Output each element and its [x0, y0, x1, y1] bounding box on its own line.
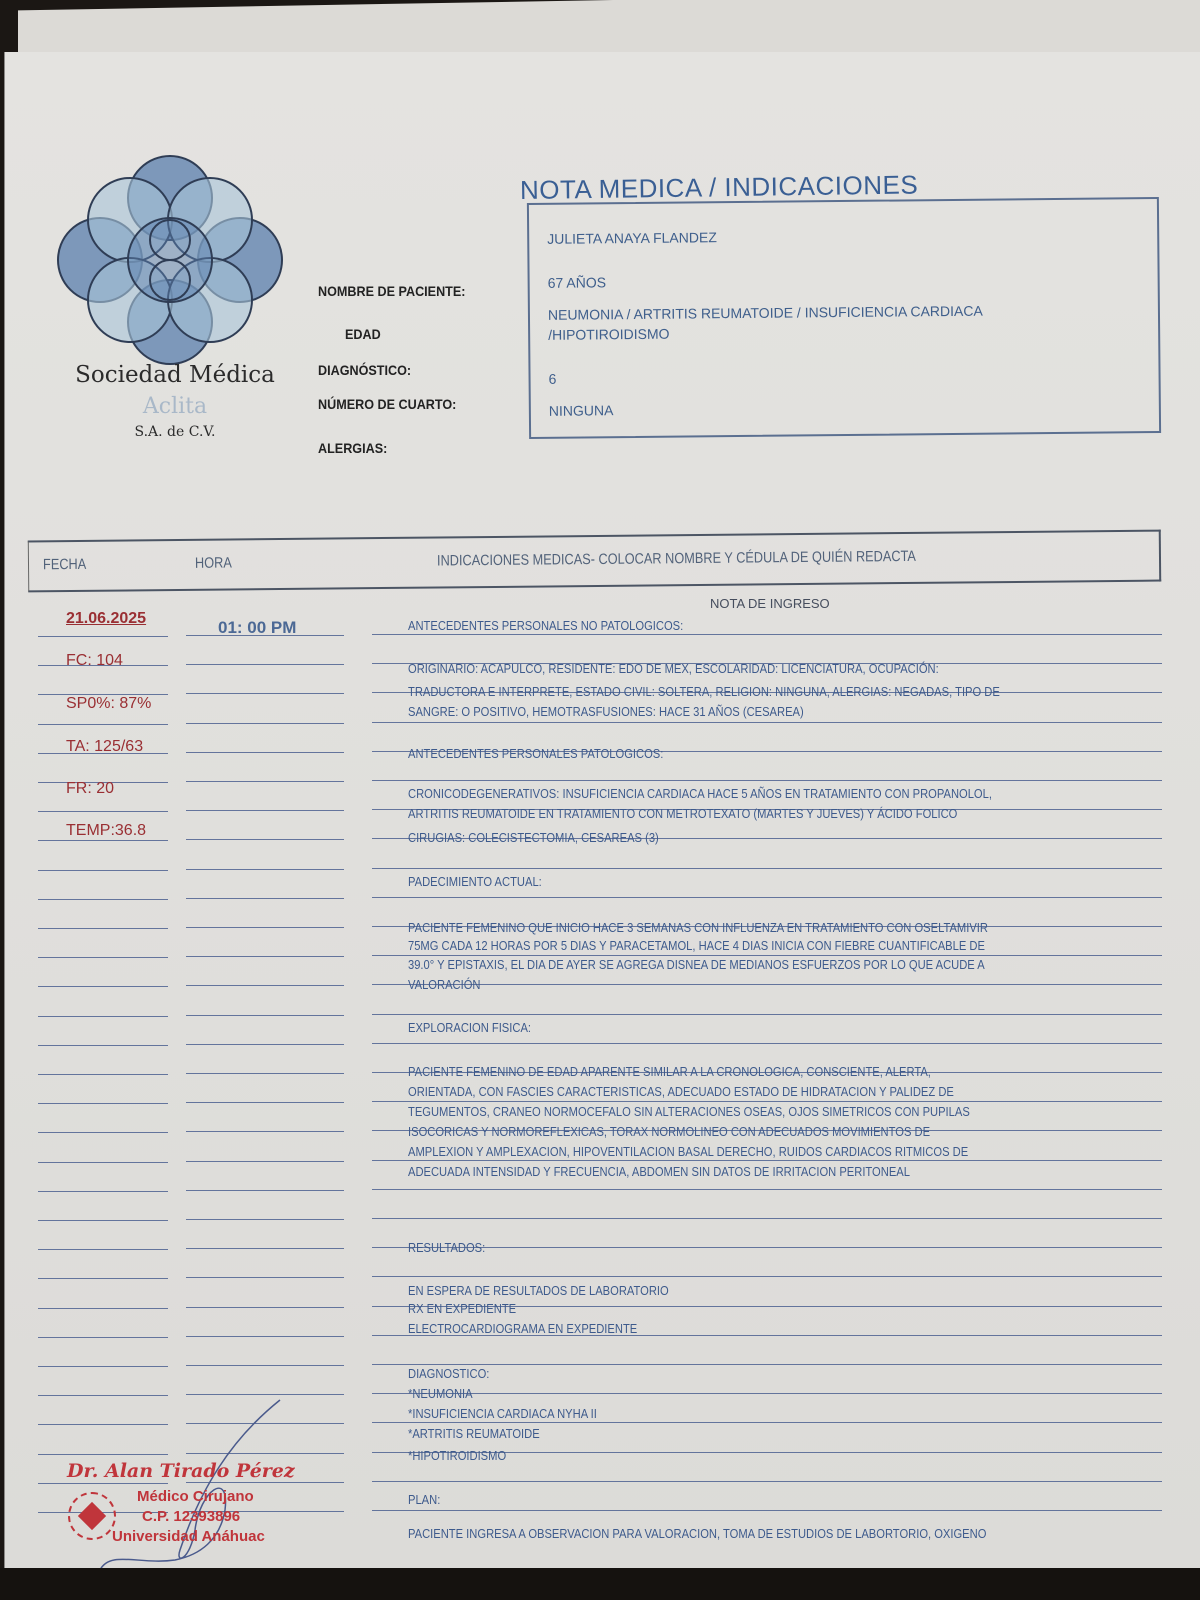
patient-age-value: 67 AÑOS [548, 272, 607, 293]
ruled-line [38, 1191, 168, 1192]
ruled-line [186, 664, 344, 665]
note-line: 39.0° Y EPISTAXIS, EL DIA DE AYER SE AGR… [408, 957, 1062, 972]
note-line: *NEUMONIA [408, 1386, 1062, 1401]
note-line: *INSUFICIENCIA CARDIACA NYHA II [408, 1406, 1062, 1421]
ruled-line [372, 780, 1162, 781]
note-line: ISOCORICAS Y NORMOREFLEXICAS, TORAX NORM… [408, 1124, 1062, 1139]
stamp-license: C.P. 12393896 [142, 1508, 240, 1525]
patient-name-value: JULIETA ANAYA FLANDEZ [547, 227, 717, 249]
stamp-university: Universidad Anáhuac [112, 1528, 265, 1545]
note-line: TRADUCTORA E INTERPRETE, ESTADO CIVIL: S… [408, 684, 1062, 699]
patient-info-box: JULIETA ANAYA FLANDEZ 67 AÑOS NEUMONIA /… [527, 197, 1161, 439]
header-date: FECHA [43, 556, 86, 573]
ruled-line [38, 636, 168, 637]
ruled-line [38, 870, 168, 871]
vital-sign: FR: 20 [66, 780, 114, 798]
ruled-line [372, 1364, 1162, 1365]
note-line: *HIPOTIROIDISMO [408, 1448, 1062, 1463]
ruled-line [38, 1045, 168, 1046]
ruled-line [372, 1160, 1162, 1161]
note-line: PADECIMIENTO ACTUAL: [408, 874, 1062, 889]
stamp-doctor-name: Dr. Alan Tirado Pérez [67, 1460, 295, 1482]
ruled-line [372, 634, 1162, 635]
ruled-line [186, 985, 344, 986]
ruled-line [38, 1016, 168, 1017]
note-line: AMPLEXION Y AMPLEXACION, HIPOVENTILACION… [408, 1144, 1062, 1159]
ruled-line [186, 1336, 344, 1337]
ruled-line [186, 1073, 344, 1074]
ruled-line [186, 869, 344, 870]
ruled-line [38, 811, 168, 812]
ruled-line [372, 897, 1162, 898]
ruled-line [186, 1248, 344, 1249]
ruled-line [372, 868, 1162, 869]
ruled-line [186, 1190, 344, 1191]
label-patient-name: NOMBRE DE PACIENTE: [318, 283, 465, 299]
label-age: EDAD [345, 326, 381, 342]
header-instructions: INDICACIONES MEDICAS- COLOCAR NOMBRE Y C… [437, 548, 916, 570]
patient-diagnosis-value-2: /HIPOTIROIDISMO [548, 324, 670, 345]
ruled-line [38, 724, 168, 725]
ruled-line [186, 810, 344, 811]
patient-diagnosis-value-1: NEUMONIA / ARTRITIS REUMATOIDE / INSUFIC… [548, 301, 983, 325]
ruled-line [38, 1103, 168, 1104]
note-line: 75MG CADA 12 HORAS POR 5 DIAS Y PARACETA… [408, 938, 1062, 953]
ruled-line [38, 1366, 168, 1367]
note-line: PLAN: [408, 1492, 1062, 1507]
organization-subname: Aclita [60, 394, 290, 419]
ruled-line [372, 1101, 1162, 1102]
note-line: VALORACIÓN [408, 977, 1062, 992]
note-line: PACIENTE INGRESA A OBSERVACION PARA VALO… [408, 1526, 1062, 1541]
ruled-line [186, 1102, 344, 1103]
ruled-line [186, 1307, 344, 1308]
patient-allergies-value: NINGUNA [549, 400, 614, 421]
note-line: ANTECEDENTES PERSONALES PATOLOGICOS: [408, 746, 1062, 761]
flower-of-life-logo-icon [55, 140, 285, 380]
ruled-line [186, 1219, 344, 1220]
university-seal-icon [68, 1492, 116, 1540]
ruled-line [372, 1218, 1162, 1219]
ruled-line [372, 1043, 1162, 1044]
ruled-line [186, 1365, 344, 1366]
stamp-title: Médico Cirujano [137, 1488, 254, 1505]
ruled-line [186, 839, 344, 840]
ruled-line [372, 955, 1162, 956]
ruled-line [186, 1044, 344, 1045]
ruled-line [38, 928, 168, 929]
patient-room-value: 6 [548, 369, 556, 389]
note-line: CIRUGIAS: COLECISTECTOMIA, CESAREAS (3) [408, 830, 1062, 845]
ruled-line [186, 1131, 344, 1132]
organization-legal: S.A. de C.V. [60, 424, 290, 440]
note-line: ADECUADA INTENSIDAD Y FRECUENCIA, ABDOME… [408, 1164, 1062, 1179]
ruled-line [38, 1074, 168, 1075]
note-line: EXPLORACION FISICA: [408, 1020, 1062, 1035]
vital-sign: FC: 104 [66, 652, 123, 670]
label-diagnosis: DIAGNÓSTICO: [318, 362, 411, 378]
ruled-line [372, 1510, 1162, 1511]
ruled-line [186, 781, 344, 782]
ruled-line [186, 1161, 344, 1162]
ruled-line [186, 956, 344, 957]
ruled-line [38, 1162, 168, 1163]
ruled-line [372, 1014, 1162, 1015]
organization-name: Sociedad Médica [60, 362, 290, 388]
ruled-line [186, 898, 344, 899]
note-line: SANGRE: O POSITIVO, HEMOTRASFUSIONES: HA… [408, 704, 1062, 719]
ruled-line [372, 1276, 1162, 1277]
ruled-line [372, 1189, 1162, 1190]
ruled-line [38, 1278, 168, 1279]
ruled-line [38, 986, 168, 987]
note-line: ARTRITIS REUMATOIDE EN TRATAMIENTO CON M… [408, 806, 1062, 821]
doctor-stamp: Dr. Alan Tirado Pérez Médico Cirujano C.… [62, 1460, 362, 1570]
ruled-line [186, 723, 344, 724]
note-line: DIAGNOSTICO: [408, 1366, 1062, 1381]
ruled-line [38, 1337, 168, 1338]
note-line: CRONICODEGENERATIVOS: INSUFICIENCIA CARD… [408, 786, 1062, 801]
ruled-line [38, 1249, 168, 1250]
note-line: ORIENTADA, CON FASCIES CARACTERISTICAS, … [408, 1084, 1062, 1099]
note-line: ELECTROCARDIOGRAMA EN EXPEDIENTE [408, 1321, 1062, 1336]
label-allergies: ALERGIAS: [318, 440, 387, 456]
note-line: PACIENTE FEMENINO QUE INICIO HACE 3 SEMA… [408, 920, 1062, 935]
ruled-line [186, 1277, 344, 1278]
ruled-line [372, 1422, 1162, 1423]
ruled-line [372, 1481, 1162, 1482]
ruled-line [38, 1220, 168, 1221]
ruled-line [186, 927, 344, 928]
ruled-line [38, 1132, 168, 1133]
note-line: ORIGINARIO: ACAPULCO, RESIDENTE: EDO DE … [408, 661, 1062, 676]
note-line: RESULTADOS: [408, 1240, 1062, 1255]
background-surface [0, 1568, 1200, 1600]
label-room: NÚMERO DE CUARTO: [318, 396, 456, 412]
ruled-line [186, 693, 344, 694]
ruled-line [372, 722, 1162, 723]
ruled-line [186, 752, 344, 753]
ruled-line [38, 957, 168, 958]
entry-date: 21.06.2025 [66, 610, 146, 628]
vital-sign: SP0%: 87% [66, 695, 151, 713]
note-line: TEGUMENTOS, CRANEO NORMOCEFALO SIN ALTER… [408, 1104, 1062, 1119]
entry-time: 01: 00 PM [218, 618, 296, 638]
ruled-line [38, 1308, 168, 1309]
ruled-line [38, 899, 168, 900]
note-line: RX EN EXPEDIENTE [408, 1301, 1062, 1316]
vital-sign: TA: 125/63 [66, 738, 143, 756]
vital-sign: TEMP:36.8 [66, 822, 146, 840]
header-time: HORA [195, 554, 232, 571]
ruled-line [186, 1015, 344, 1016]
ruled-line [38, 840, 168, 841]
note-line: EN ESPERA DE RESULTADOS DE LABORATORIO [408, 1283, 1062, 1298]
note-line: *ARTRITIS REUMATOIDE [408, 1426, 1062, 1441]
table-header: FECHA HORA INDICACIONES MEDICAS- COLOCAR… [28, 530, 1161, 593]
note-line: ANTECEDENTES PERSONALES NO PATOLOGICOS: [408, 618, 1062, 633]
note-title: NOTA DE INGRESO [710, 596, 830, 611]
note-line: PACIENTE FEMENINO DE EDAD APARENTE SIMIL… [408, 1064, 1062, 1079]
